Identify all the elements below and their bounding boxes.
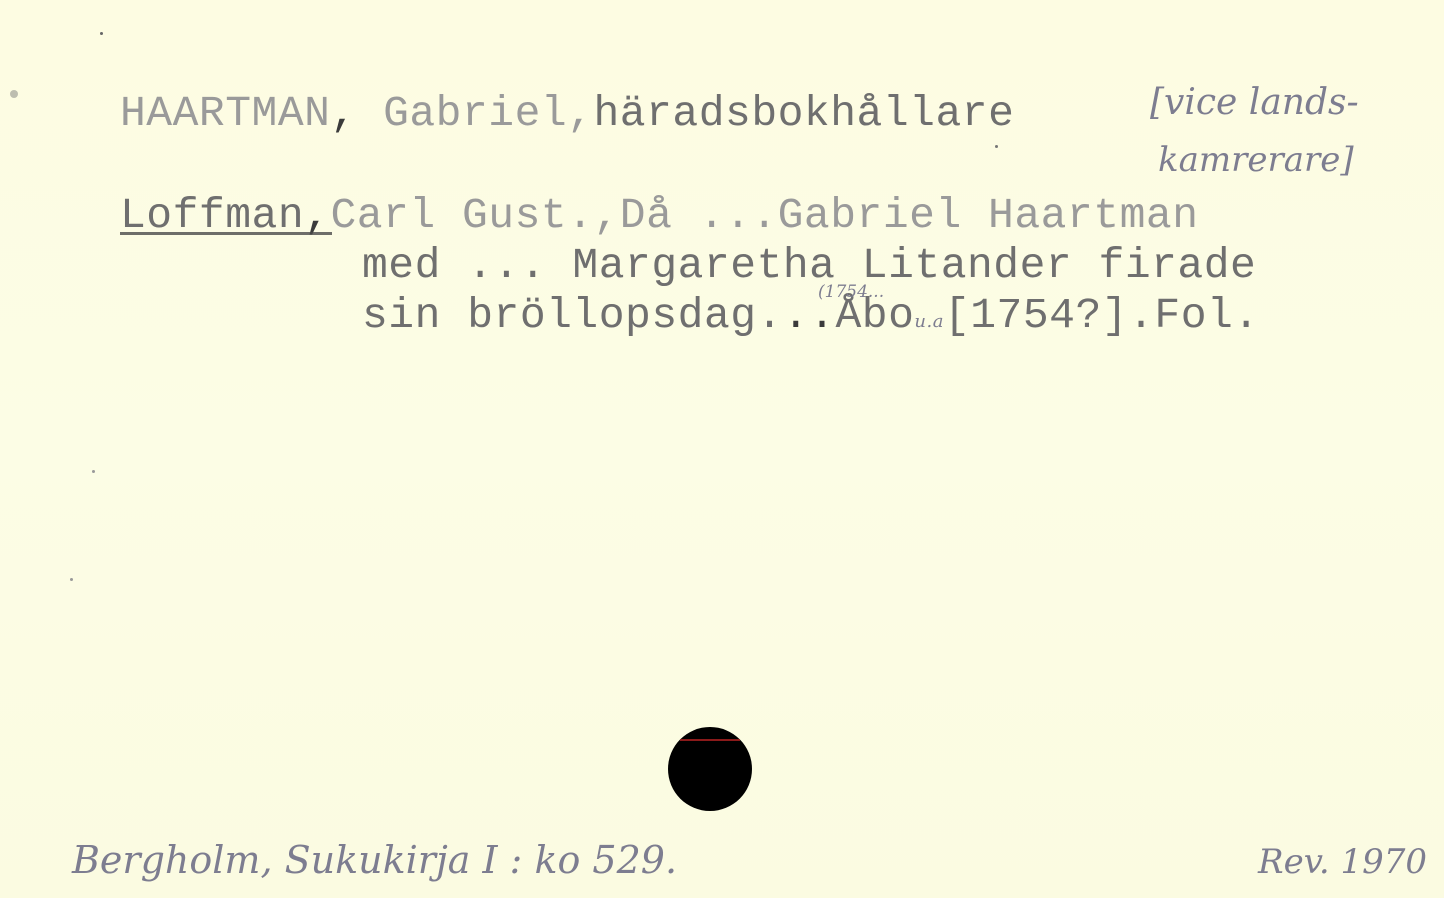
handwritten-place-note: u.a [914,311,944,332]
entry-line3-prefix: sin bröllopsdag. [362,291,783,340]
entry-line3-suffix: [1754?].Fol. [944,291,1260,340]
paper-speck [100,32,103,35]
entry-line-3: sin bröllopsdag...Åbou.a[1754?].Fol. [362,294,1260,337]
entry-line1-rest: Carl Gust.,Då ...Gabriel Haartman [330,191,1198,240]
heading-title: häradsbokhållare [594,89,1015,138]
author-underline [120,232,332,235]
footer-revision: Rev. 1970 [1258,842,1427,882]
handwritten-note-line1: [vice lands- [1150,82,1359,123]
entry-line-2: med ... Margaretha Litander firade [362,244,1256,287]
heading-surname: HAARTMAN [120,89,330,138]
heading-line: HAARTMAN, Gabriel,häradsbokhållare [120,92,1014,135]
handwritten-insert: (1754... [818,282,884,302]
catalog-card: HAARTMAN, Gabriel,häradsbokhållare [vice… [0,0,1444,898]
entry-line-1: Loffman,Carl Gust.,Då ...Gabriel Haartma… [120,194,1199,237]
heading-separator: , [330,89,356,138]
footer-reference: Bergholm, Sukukirja I : ko 529. [72,838,677,882]
paper-speck [10,90,18,98]
paper-speck [995,145,998,148]
paper-speck [70,578,73,581]
heading-given-name: Gabriel, [383,89,593,138]
handwritten-note-line2: kamrerare] [1158,140,1354,180]
paper-speck [92,470,95,473]
punch-hole [668,727,752,811]
